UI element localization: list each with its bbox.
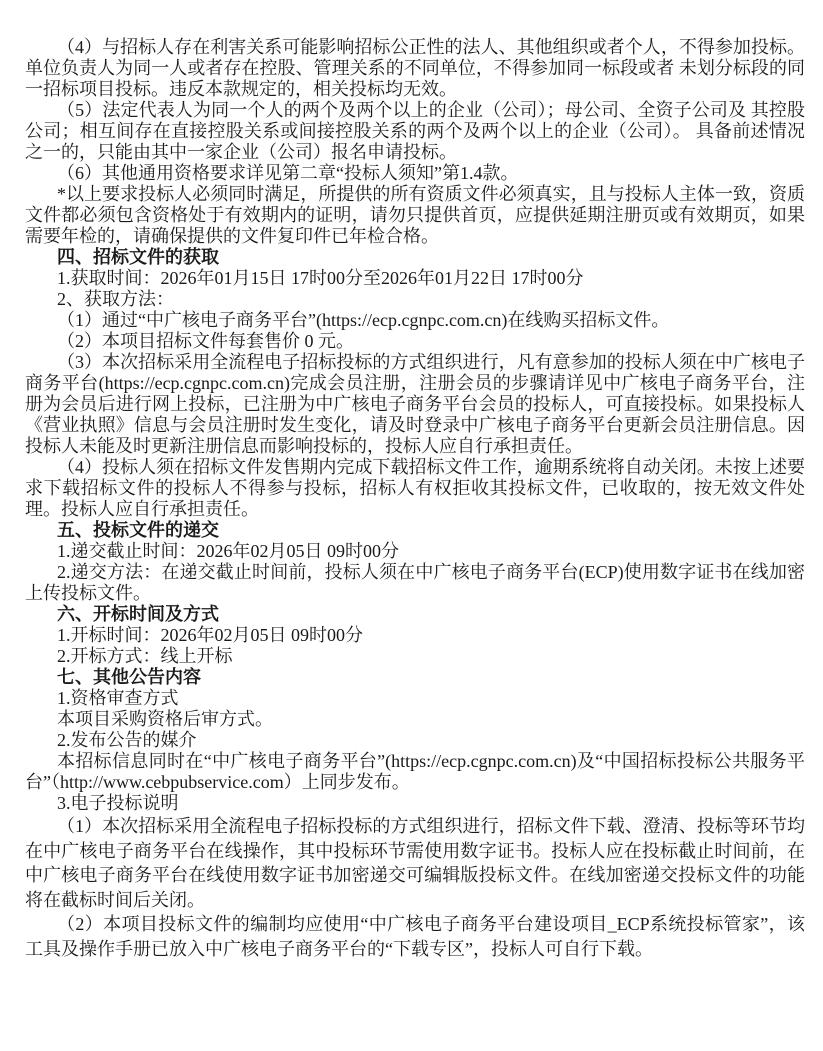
qualification-note: *以上要求投标人必须同时满足，所提供的所有资质文件必须真实，且与投标人主体一致，… (25, 184, 805, 247)
section-heading-bid-submission: 五、投标文件的递交 (25, 520, 805, 541)
section-heading-document-acquisition: 四、招标文件的获取 (25, 247, 805, 268)
opening-time: 1.开标时间：2026年02月05日 09时00分 (25, 625, 805, 646)
acquisition-method-1: （1）通过“中广核电子商务平台”(https://ecp.cgnpc.com.c… (25, 310, 805, 331)
announcement-media-label: 2.发布公告的媒介 (25, 730, 805, 751)
acquisition-method-3: （3）本次招标采用全流程电子招标投标的方式组织进行，凡有意参加的投标人须在中广核… (25, 352, 805, 457)
qualification-review-method: 本项目采购资格后审方式。 (25, 709, 805, 730)
submission-deadline: 1.递交截止时间：2026年02月05日 09时00分 (25, 541, 805, 562)
qualification-review-label: 1.资格审查方式 (25, 688, 805, 709)
acquisition-method-label: 2、获取方法： (25, 289, 805, 310)
tender-notice-body: （4）与招标人存在利害关系可能影响招标公正性的法人、其他组织或者个人，不得参加投… (25, 37, 805, 961)
clause-6-general-qualification: （6）其他通用资格要求详见第二章“投标人须知”第1.4款。 (25, 163, 805, 184)
e-bidding-note-2: （2）本项目投标文件的编制均应使用“中广核电子商务平台建设项目_ECP系统投标管… (25, 912, 805, 961)
announcement-media-detail: 本招标信息同时在“中广核电子商务平台”(https://ecp.cgnpc.co… (25, 751, 805, 793)
e-bidding-note-1: （1）本次招标采用全流程电子招标投标的方式组织进行，招标文件下载、澄清、投标等环… (25, 814, 805, 912)
submission-method: 2.递交方法：在递交截止时间前，投标人须在中广核电子商务平台(ECP)使用数字证… (25, 562, 805, 604)
e-bidding-notes-label: 3.电子投标说明 (25, 793, 805, 814)
clause-4-conflict-of-interest: （4）与招标人存在利害关系可能影响招标公正性的法人、其他组织或者个人，不得参加投… (25, 37, 805, 100)
acquisition-method-2: （2）本项目招标文件每套售价 0 元。 (25, 331, 805, 352)
section-heading-bid-opening: 六、开标时间及方式 (25, 604, 805, 625)
opening-method: 2.开标方式：线上开标 (25, 646, 805, 667)
acquisition-time: 1.获取时间：2026年01月15日 17时00分至2026年01月22日 17… (25, 268, 805, 289)
section-heading-other-announcements: 七、其他公告内容 (25, 667, 805, 688)
document-page: （4）与招标人存在利害关系可能影响招标公正性的法人、其他组织或者个人，不得参加投… (0, 0, 823, 1051)
clause-5-related-companies: （5）法定代表人为同一个人的两个及两个以上的企业（公司）；母公司、全资子公司及 … (25, 100, 805, 163)
acquisition-method-4: （4）投标人须在招标文件发售期内完成下载招标文件工作，逾期系统将自动关闭。未按上… (25, 457, 805, 520)
